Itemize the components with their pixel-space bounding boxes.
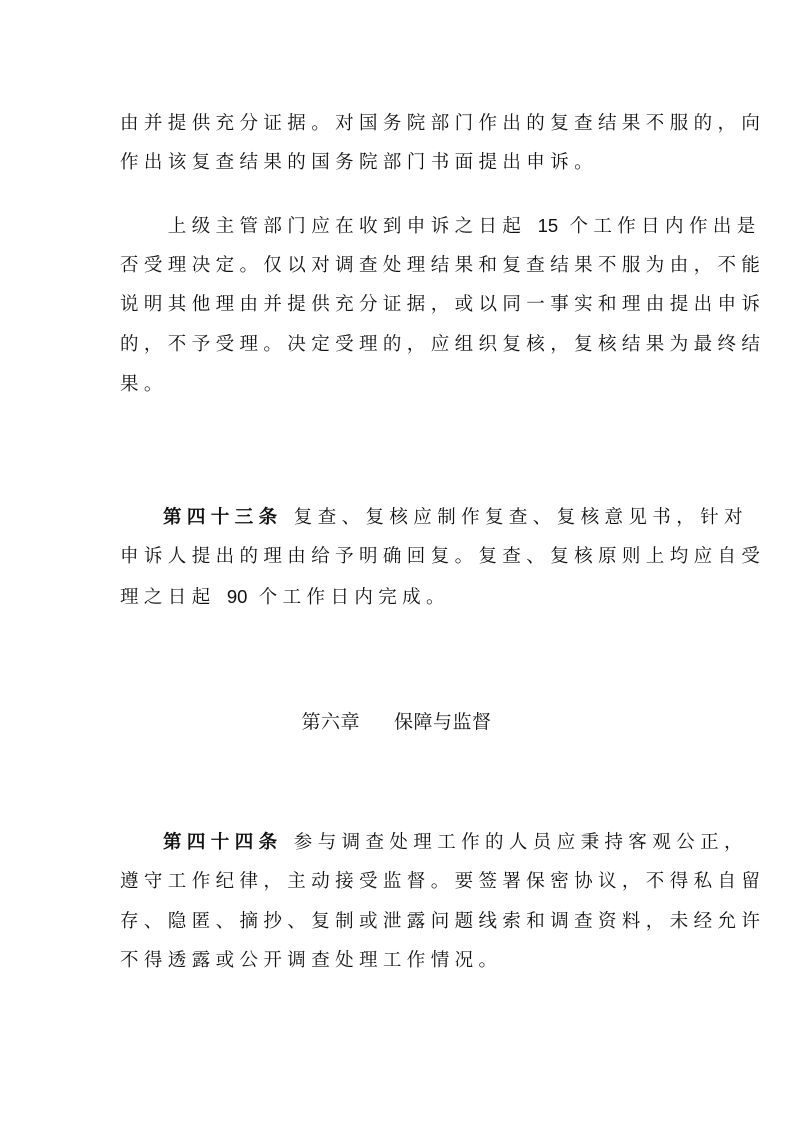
text-segment: 上级主管部门应在收到申诉之日起 — [120, 216, 538, 237]
text-segment: 理之日起 — [120, 587, 227, 608]
text-segment: 复查、复核应制作复查、复核意见书，针对 — [283, 507, 748, 528]
article-43-line-2: 申诉人提出的理由给予明确回复。复查、复核原则上均应自受 — [120, 545, 680, 569]
article-44-line-1: 第四十四条 参与调查处理工作的人员应秉持客观公正， — [163, 831, 723, 855]
article-43-line-1: 第四十三条 复查、复核应制作复查、复核意见书，针对 — [163, 506, 723, 530]
chapter-heading: 第六章保障与监督 — [0, 710, 793, 734]
article-43-line-3: 理之日起 90 个工作日内完成。 — [120, 585, 680, 609]
article-44-label: 第四十四条 — [163, 832, 283, 853]
text-segment: 个工作日内完成。 — [247, 587, 449, 608]
paragraph-2-line-5: 果。 — [120, 373, 680, 397]
paragraph-1-line-2: 作出该复查结果的国务院部门书面提出申诉。 — [120, 151, 680, 175]
day-count-90: 90 — [227, 586, 248, 607]
paragraph-2-line-2: 否受理决定。仅以对调查处理结果和复查结果不服为由，不能 — [120, 254, 680, 278]
article-44-line-3: 存、隐匿、摘抄、复制或泄露问题线索和调查资料，未经允许 — [120, 910, 680, 934]
chapter-title: 保障与监督 — [394, 711, 492, 733]
paragraph-2-line-4: 的，不予受理。决定受理的，应组织复核，复核结果为最终结 — [120, 333, 680, 357]
article-44-line-4: 不得透露或公开调查处理工作情况。 — [120, 949, 680, 973]
chapter-number: 第六章 — [301, 711, 360, 733]
text-segment: 个工作日内作出是 — [558, 216, 760, 237]
paragraph-1-line-1: 由并提供充分证据。对国务院部门作出的复查结果不服的，向 — [120, 112, 680, 136]
article-44-line-2: 遵守工作纪律，主动接受监督。要签署保密协议，不得私自留 — [120, 870, 680, 894]
article-43-label: 第四十三条 — [163, 507, 283, 528]
paragraph-2-line-3: 说明其他理由并提供充分证据，或以同一事实和理由提出申诉 — [120, 293, 680, 317]
paragraph-2-line-1: 上级主管部门应在收到申诉之日起 15 个工作日内作出是 — [120, 214, 680, 238]
text-segment: 参与调查处理工作的人员应秉持客观公正， — [283, 832, 748, 853]
day-count-15: 15 — [538, 215, 559, 236]
